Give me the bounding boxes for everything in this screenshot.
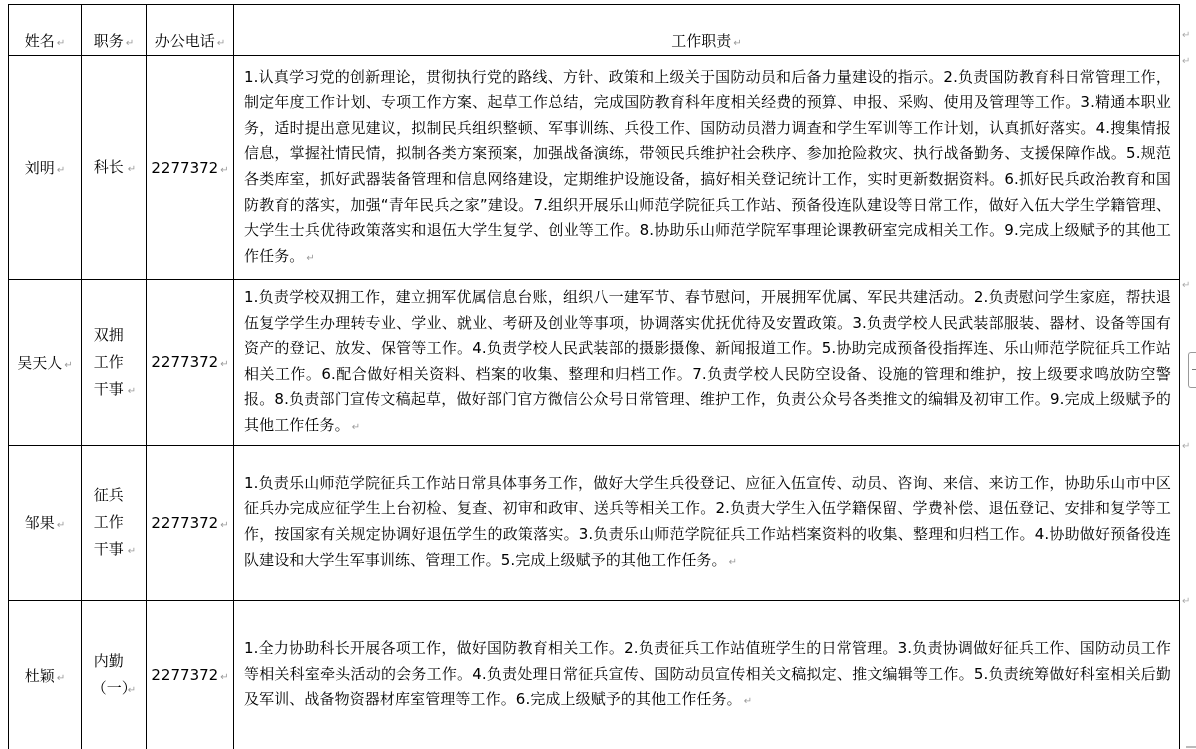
cell-role[interactable]: 双拥工作干事↵ [82,280,147,446]
cell-duty[interactable]: 1.负责学校双拥工作，建立拥军优属信息台账，组织八一建军节、春节慰问，开展拥军优… [234,280,1180,446]
cell-phone[interactable]: 2277372↵ [147,280,234,446]
cell-name[interactable]: 吴天人↵ [9,280,82,446]
table-row: 邹果↵ 征兵工作干事↵ 2277372↵ 1.负责乐山师范学院征兵工作站日常具体… [9,445,1180,600]
cell-name[interactable]: 邹果↵ [9,445,82,600]
paragraph-mark-icon: ↵ [128,685,136,696]
table-row: 吴天人↵ 双拥工作干事↵ 2277372↵ 1.负责学校双拥工作，建立拥军优属信… [9,280,1180,446]
paragraph-mark-icon: ↵ [128,386,136,397]
paragraph-mark-icon: ↵ [128,164,136,175]
paragraph-mark-icon: ↵ [126,38,134,49]
paragraph-mark-icon: ↵ [306,253,314,264]
paragraph-mark-icon: ↵ [220,165,228,176]
header-duty[interactable]: 工作职责↵ [234,5,1180,56]
cell-name[interactable]: 刘明↵ [9,56,82,280]
row-end-mark-icon: ↵ [1182,56,1190,67]
paragraph-mark-icon: ↵ [217,38,225,49]
table-corner-handle[interactable] [1186,746,1196,748]
cell-role[interactable]: 科长↵ [82,56,147,280]
paragraph-mark-icon: ↵ [57,38,65,49]
table-row: 刘明↵ 科长↵ 2277372↵ 1.认真学习党的创新理论，贯彻执行党的路线、方… [9,56,1180,280]
cell-duty[interactable]: 1.负责乐山师范学院征兵工作站日常具体事务工作，做好大学生兵役登记、应征入伍宣传… [234,445,1180,600]
paragraph-mark-icon: ↵ [57,520,65,531]
duty-table: 姓名↵ 职务↵ 办公电话↵ 工作职责↵ 刘明↵ 科长↵ 2277372↵ 1.认… [8,4,1180,749]
row-end-mark-icon: ↵ [1182,441,1190,452]
paragraph-mark-icon: ↵ [352,422,360,433]
paragraph-mark-icon: ↵ [729,557,737,568]
row-end-mark-icon: ↵ [1182,280,1190,291]
paragraph-mark-icon: ↵ [128,546,136,557]
cell-duty[interactable]: 1.全力协助科长开展各项工作，做好国防教育相关工作。2.负责征兵工作站值班学生的… [234,600,1180,749]
header-role[interactable]: 职务↵ [82,5,147,56]
cell-duty[interactable]: 1.认真学习党的创新理论，贯彻执行党的路线、方针、政策和上级关于国防动员和后备力… [234,56,1180,280]
cell-phone[interactable]: 2277372↵ [147,600,234,749]
table-header-row: 姓名↵ 职务↵ 办公电话↵ 工作职责↵ [9,5,1180,56]
cell-phone[interactable]: 2277372↵ [147,56,234,280]
header-name[interactable]: 姓名↵ [9,5,82,56]
paragraph-mark-icon: ↵ [220,520,228,531]
paragraph-mark-icon: ↵ [220,359,228,370]
cell-name[interactable]: 杜颖↵ [9,600,82,749]
paragraph-mark-icon: ↵ [733,38,741,49]
cell-role[interactable]: 征兵工作干事↵ [82,445,147,600]
header-phone[interactable]: 办公电话↵ [147,5,234,56]
cell-role[interactable]: 内勤（一）↵ [82,600,147,749]
paragraph-mark-icon: ↵ [57,165,65,176]
cell-phone[interactable]: 2277372↵ [147,445,234,600]
paragraph-mark-icon: ↵ [64,360,72,371]
paragraph-mark-icon: ↵ [220,672,228,683]
row-end-mark-icon: ↵ [1182,596,1190,607]
table-row: 杜颖↵ 内勤（一）↵ 2277372↵ 1.全力协助科长开展各项工作，做好国防教… [9,600,1180,749]
paragraph-mark-icon: ↵ [744,696,752,707]
row-end-mark-icon: ↵ [1182,30,1190,41]
paragraph-mark-icon: ↵ [57,673,65,684]
table-resize-handle[interactable] [1188,352,1196,388]
